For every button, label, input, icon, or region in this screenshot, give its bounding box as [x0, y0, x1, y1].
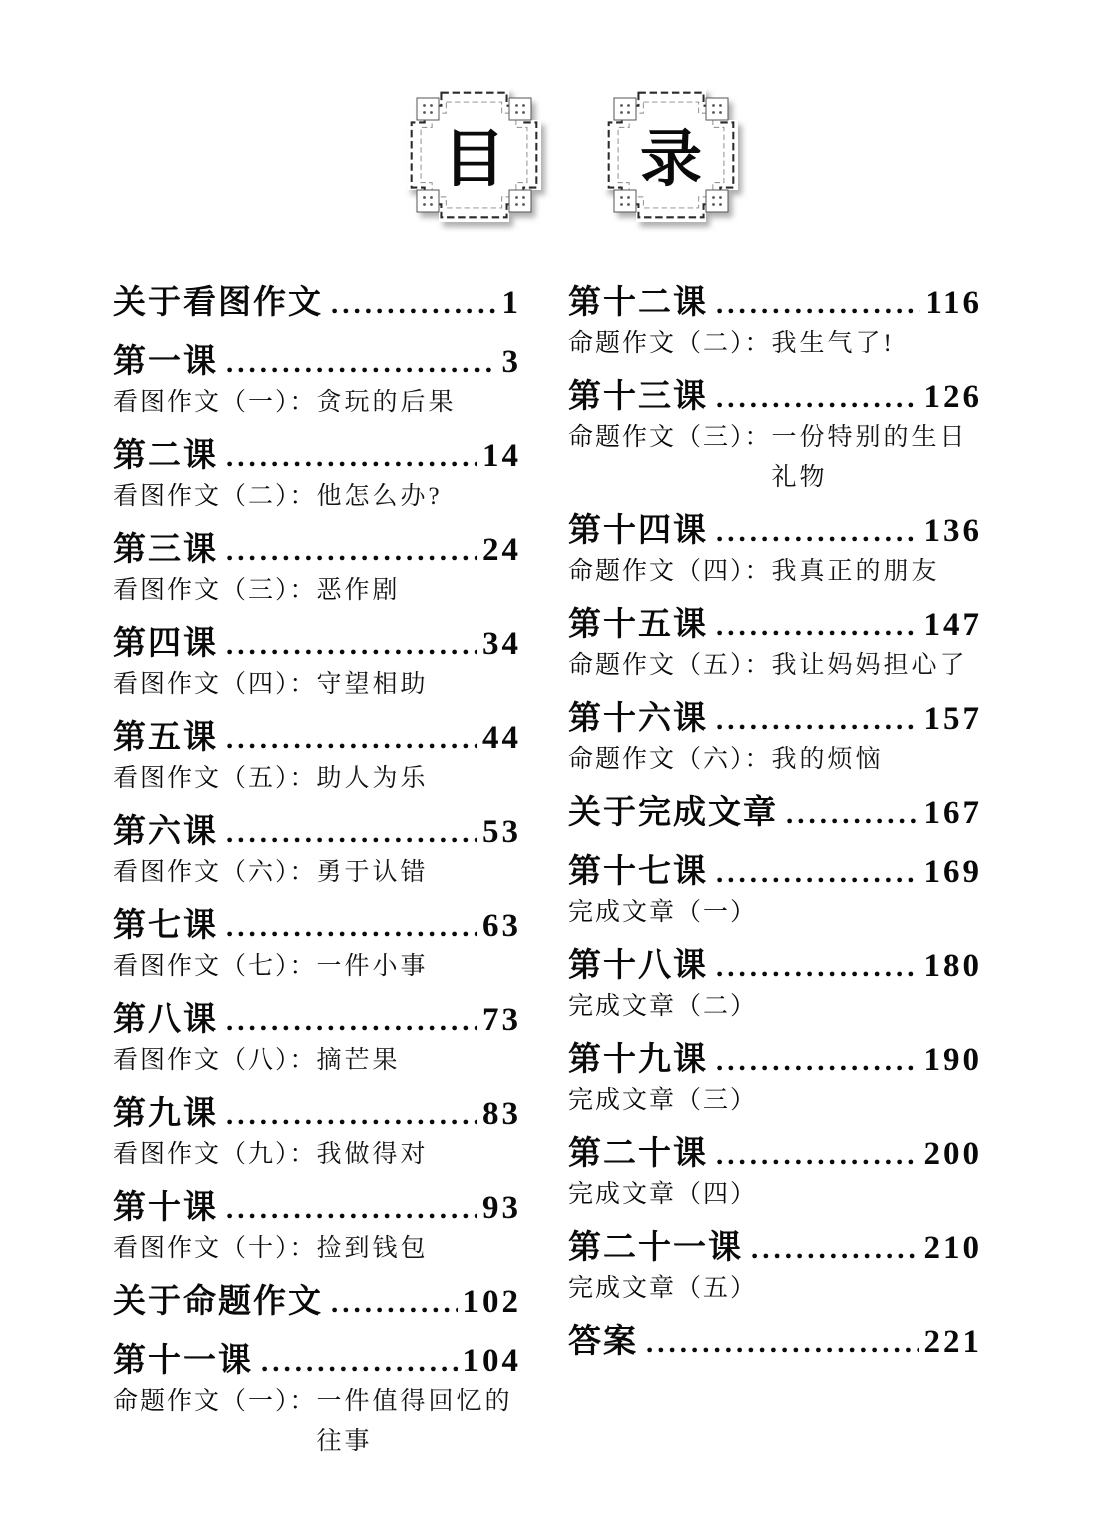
subtitle-topic: 我的烦恼 — [772, 740, 884, 780]
subtitle-topic-wrap: 助人为乐 — [317, 759, 429, 799]
entry-subtitle: 看图作文（五）： 助人为乐 — [113, 759, 521, 799]
toc-entry: 第十六课 ...................................… — [568, 699, 982, 780]
entry-title: 第十二课 — [568, 283, 708, 323]
entry-title: 第八课 — [113, 1000, 218, 1040]
subtitle-topic-wrap: 一份特别的生日 礼物 — [772, 418, 968, 498]
dot-leader: ........................................… — [708, 284, 920, 324]
entry-subtitle: 看图作文（七）： 一件小事 — [113, 947, 521, 987]
toc-entry: 第六课 ....................................… — [113, 812, 521, 893]
toc-entry-heading-row: 关于完成文章 .................................… — [568, 793, 982, 834]
title-char-lu: 录 — [596, 80, 746, 230]
entry-subtitle: 看图作文（六）： 勇于认错 — [113, 853, 521, 893]
page-number: 63 — [482, 906, 521, 946]
subtitle-label: 命题作文（四）： — [568, 552, 772, 592]
page-number: 210 — [924, 1228, 983, 1268]
entry-title: 第十八课 — [568, 946, 708, 986]
subtitle-label: 看图作文（一）： — [113, 383, 317, 423]
toc-entry: 第二十一课 ..................................… — [568, 1228, 982, 1309]
toc-entry-heading-row: 第二课 ....................................… — [113, 436, 521, 477]
title-char-mu: 目 — [399, 80, 549, 230]
entry-subtitle: 完成文章（二） — [568, 987, 982, 1027]
dot-leader: ........................................… — [218, 343, 497, 383]
entry-subtitle: 命题作文（三）： 一份特别的生日 礼物 — [568, 418, 982, 498]
toc-entry-heading-row: 第十课 ....................................… — [113, 1188, 521, 1229]
subtitle-label: 完成文章（一） — [568, 893, 757, 933]
subtitle-label: 命题作文（三）： — [568, 418, 772, 498]
toc-entry-heading-row: 第十五课 ...................................… — [568, 605, 982, 646]
dot-leader: ........................................… — [218, 1001, 477, 1041]
subtitle-label: 命题作文（二）： — [568, 324, 772, 364]
entry-title: 第十课 — [113, 1188, 218, 1228]
subtitle-label: 命题作文（六）： — [568, 740, 772, 780]
entry-subtitle: 看图作文（一）： 贪玩的后果 — [113, 383, 521, 423]
entry-subtitle: 完成文章（三） — [568, 1081, 982, 1121]
toc-entry: 第一课 ....................................… — [113, 342, 521, 423]
page-number: 3 — [502, 342, 522, 382]
entry-title: 答案 — [568, 1322, 638, 1362]
subtitle-topic: 我做得对 — [317, 1135, 429, 1175]
entry-subtitle: 命题作文（一）： 一件值得回忆的 往事 — [113, 1382, 521, 1462]
subtitle-topic-wrap: 勇于认错 — [317, 853, 429, 893]
entry-subtitle: 看图作文（八）： 摘芒果 — [113, 1041, 521, 1081]
entry-title: 第十四课 — [568, 511, 708, 551]
dot-leader: ........................................… — [218, 813, 477, 853]
entry-title: 第十九课 — [568, 1040, 708, 1080]
entry-title: 关于看图作文 — [113, 283, 323, 323]
entry-subtitle: 完成文章（四） — [568, 1175, 982, 1215]
page-number: 102 — [463, 1282, 522, 1322]
dot-leader: ........................................… — [218, 625, 477, 665]
page-number: 126 — [924, 377, 983, 417]
entry-title: 第四课 — [113, 624, 218, 664]
toc-entry-heading-row: 第九课 ....................................… — [113, 1094, 521, 1135]
toc-entry: 第十七课 ...................................… — [568, 852, 982, 933]
subtitle-topic: 贪玩的后果 — [317, 383, 457, 423]
dot-leader: ........................................… — [708, 853, 919, 893]
toc-entry: 第三课 ....................................… — [113, 530, 521, 611]
toc-entry: 第十课 ....................................… — [113, 1188, 521, 1269]
dot-leader: ........................................… — [708, 1135, 919, 1175]
subtitle-label: 看图作文（四）： — [113, 665, 317, 705]
entry-subtitle: 看图作文（十）： 捡到钱包 — [113, 1229, 521, 1269]
entry-subtitle: 看图作文（二）： 他怎么办? — [113, 477, 521, 517]
toc-entry: 第五课 ....................................… — [113, 718, 521, 799]
subtitle-topic: 一件小事 — [317, 947, 429, 987]
dot-leader: ........................................… — [218, 719, 477, 759]
page-number: 14 — [482, 436, 521, 476]
toc-entry: 第二课 ....................................… — [113, 436, 521, 517]
page-number: 73 — [482, 1000, 521, 1040]
subtitle-topic: 一份特别的生日 — [772, 418, 968, 458]
subtitle-label: 完成文章（五） — [568, 1269, 757, 1309]
page-number: 1 — [502, 283, 522, 323]
entry-title: 第五课 — [113, 718, 218, 758]
page-number: 221 — [924, 1322, 983, 1362]
entry-title: 关于完成文章 — [568, 793, 778, 833]
subtitle-topic-wrap: 一件值得回忆的 往事 — [317, 1382, 513, 1462]
entry-title: 第三课 — [113, 530, 218, 570]
toc-entry-heading-row: 第十一课 ...................................… — [113, 1341, 521, 1382]
toc-entry: 第十三课 ...................................… — [568, 377, 982, 498]
dot-leader: ........................................… — [708, 1041, 919, 1081]
dot-leader: ........................................… — [708, 947, 919, 987]
subtitle-label: 看图作文（九）： — [113, 1135, 317, 1175]
page-number: 24 — [482, 530, 521, 570]
entry-title: 第二十课 — [568, 1134, 708, 1174]
subtitle-topic-wrap: 恶作剧 — [317, 571, 401, 611]
toc-entry: 第十四课 ...................................… — [568, 511, 982, 592]
toc-entry: 答案 .....................................… — [568, 1322, 982, 1363]
subtitle-topic: 一件值得回忆的 — [317, 1382, 513, 1422]
toc-entry-heading-row: 第十二课 ...................................… — [568, 283, 982, 324]
subtitle-topic: 摘芒果 — [317, 1041, 401, 1081]
toc-entry-heading-row: 第一课 ....................................… — [113, 342, 521, 383]
entry-subtitle: 看图作文（三）： 恶作剧 — [113, 571, 521, 611]
toc-entry-heading-row: 第七课 ....................................… — [113, 906, 521, 947]
page-number: 53 — [482, 812, 521, 852]
toc-entry: 第十八课 ...................................… — [568, 946, 982, 1027]
dot-leader: ........................................… — [218, 1189, 477, 1229]
page-number: 116 — [925, 283, 982, 323]
page-number: 169 — [924, 852, 983, 892]
toc-entry-heading-row: 第五课 ....................................… — [113, 718, 521, 759]
dot-leader: ........................................… — [218, 531, 477, 571]
page-number: 200 — [924, 1134, 983, 1174]
subtitle-label: 看图作文（二）： — [113, 477, 317, 517]
toc-entry-heading-row: 第八课 ....................................… — [113, 1000, 521, 1041]
subtitle-topic: 助人为乐 — [317, 759, 429, 799]
dot-leader: ........................................… — [253, 1342, 458, 1382]
subtitle-topic: 他怎么办? — [317, 477, 443, 517]
subtitle-topic: 我让妈妈担心了 — [772, 646, 968, 686]
subtitle-topic: 我真正的朋友 — [772, 552, 940, 592]
subtitle-label: 完成文章（三） — [568, 1081, 757, 1121]
subtitle-label: 看图作文（十）： — [113, 1229, 317, 1269]
dot-leader: ........................................… — [778, 794, 919, 834]
page-number: 167 — [924, 793, 983, 833]
toc-entry-heading-row: 第十九课 ...................................… — [568, 1040, 982, 1081]
subtitle-label: 看图作文（五）： — [113, 759, 317, 799]
page-number: 83 — [482, 1094, 521, 1134]
subtitle-label: 看图作文（六）： — [113, 853, 317, 893]
toc-column-left: 关于看图作文 .................................… — [113, 283, 521, 1475]
page-number: 147 — [924, 605, 983, 645]
entry-title: 第二课 — [113, 436, 218, 476]
subtitle-topic: 恶作剧 — [317, 571, 401, 611]
dot-leader: ........................................… — [323, 1283, 458, 1323]
page-number: 136 — [924, 511, 983, 551]
page-number: 34 — [482, 624, 521, 664]
toc-entry-heading-row: 第二十课 ...................................… — [568, 1134, 982, 1175]
toc-entry-heading-row: 答案 .....................................… — [568, 1322, 982, 1363]
toc-entry: 关于完成文章 .................................… — [568, 793, 982, 834]
toc-entry: 第八课 ....................................… — [113, 1000, 521, 1081]
subtitle-topic-wrap: 我做得对 — [317, 1135, 429, 1175]
subtitle-topic-continuation: 往事 — [317, 1422, 513, 1462]
entry-title: 第十六课 — [568, 699, 708, 739]
toc-entry: 第十二课 ...................................… — [568, 283, 982, 364]
subtitle-topic: 捡到钱包 — [317, 1229, 429, 1269]
entry-title: 第十七课 — [568, 852, 708, 892]
dot-leader: ........................................… — [708, 700, 919, 740]
page-number: 44 — [482, 718, 521, 758]
entry-title: 第十一课 — [113, 1341, 253, 1381]
subtitle-topic: 守望相助 — [317, 665, 429, 705]
toc-entry: 第十九课 ...................................… — [568, 1040, 982, 1121]
entry-title: 关于命题作文 — [113, 1282, 323, 1322]
toc-entry: 关于看图作文 .................................… — [113, 283, 521, 324]
subtitle-topic-wrap: 我的烦恼 — [772, 740, 884, 780]
subtitle-topic: 我生气了! — [772, 324, 895, 364]
entry-title: 第一课 — [113, 342, 218, 382]
entry-subtitle: 命题作文（五）： 我让妈妈担心了 — [568, 646, 982, 686]
dot-leader: ........................................… — [708, 512, 919, 552]
subtitle-topic-wrap: 守望相助 — [317, 665, 429, 705]
toc-entry: 第七课 ....................................… — [113, 906, 521, 987]
subtitle-label: 完成文章（四） — [568, 1175, 757, 1215]
entry-title: 第十五课 — [568, 605, 708, 645]
subtitle-label: 完成文章（二） — [568, 987, 757, 1027]
page-number: 180 — [924, 946, 983, 986]
toc-entry-heading-row: 第十三课 ...................................… — [568, 377, 982, 418]
page-number: 190 — [924, 1040, 983, 1080]
toc-entry-heading-row: 关于看图作文 .................................… — [113, 283, 521, 324]
subtitle-label: 看图作文（七）： — [113, 947, 317, 987]
entry-subtitle: 看图作文（四）： 守望相助 — [113, 665, 521, 705]
entry-subtitle: 命题作文（二）： 我生气了! — [568, 324, 982, 364]
entry-subtitle: 完成文章（一） — [568, 893, 982, 933]
toc-entry: 第九课 ....................................… — [113, 1094, 521, 1175]
toc-entry-heading-row: 第二十一课 ..................................… — [568, 1228, 982, 1269]
subtitle-topic-wrap: 一件小事 — [317, 947, 429, 987]
ornamental-frame-left: 目 — [399, 80, 549, 230]
entry-subtitle: 命题作文（六）： 我的烦恼 — [568, 740, 982, 780]
entry-subtitle: 命题作文（四）： 我真正的朋友 — [568, 552, 982, 592]
toc-entry-heading-row: 第十八课 ...................................… — [568, 946, 982, 987]
subtitle-topic-wrap: 他怎么办? — [317, 477, 443, 517]
dot-leader: ........................................… — [218, 437, 477, 477]
entry-subtitle: 完成文章（五） — [568, 1269, 982, 1309]
page-number: 93 — [482, 1188, 521, 1228]
subtitle-topic-wrap: 我生气了! — [772, 324, 895, 364]
dot-leader: ........................................… — [323, 284, 497, 324]
entry-title: 第二十一课 — [568, 1228, 743, 1268]
subtitle-topic-wrap: 贪玩的后果 — [317, 383, 457, 423]
subtitle-label: 命题作文（一）： — [113, 1382, 317, 1462]
dot-leader: ........................................… — [708, 606, 919, 646]
toc-entry: 第二十课 ...................................… — [568, 1134, 982, 1215]
ornamental-frame-right: 录 — [596, 80, 746, 230]
toc-entry-heading-row: 第三课 ....................................… — [113, 530, 521, 571]
toc-entry-heading-row: 第十四课 ...................................… — [568, 511, 982, 552]
toc-entry-heading-row: 第十七课 ...................................… — [568, 852, 982, 893]
entry-title: 第九课 — [113, 1094, 218, 1134]
entry-title: 第七课 — [113, 906, 218, 946]
subtitle-label: 命题作文（五）： — [568, 646, 772, 686]
toc-entry-heading-row: 关于命题作文 .................................… — [113, 1282, 521, 1323]
dot-leader: ........................................… — [743, 1229, 919, 1269]
entry-title: 第六课 — [113, 812, 218, 852]
toc-entry-heading-row: 第六课 ....................................… — [113, 812, 521, 853]
toc-entry-heading-row: 第四课 ....................................… — [113, 624, 521, 665]
entry-title: 第十三课 — [568, 377, 708, 417]
toc-entry: 关于命题作文 .................................… — [113, 1282, 521, 1323]
toc-entry-heading-row: 第十六课 ...................................… — [568, 699, 982, 740]
subtitle-label: 看图作文（八）： — [113, 1041, 317, 1081]
page-number: 104 — [463, 1341, 522, 1381]
subtitle-topic-wrap: 捡到钱包 — [317, 1229, 429, 1269]
subtitle-topic-wrap: 我真正的朋友 — [772, 552, 940, 592]
page-number: 157 — [924, 699, 983, 739]
dot-leader: ........................................… — [218, 907, 477, 947]
toc-entry: 第十五课 ...................................… — [568, 605, 982, 686]
toc-entry: 第四课 ....................................… — [113, 624, 521, 705]
subtitle-topic: 勇于认错 — [317, 853, 429, 893]
entry-subtitle: 看图作文（九）： 我做得对 — [113, 1135, 521, 1175]
toc-entry: 第十一课 ...................................… — [113, 1341, 521, 1462]
subtitle-topic-continuation: 礼物 — [772, 458, 968, 498]
dot-leader: ........................................… — [638, 1323, 919, 1363]
subtitle-topic-wrap: 摘芒果 — [317, 1041, 401, 1081]
subtitle-label: 看图作文（三）： — [113, 571, 317, 611]
toc-column-right: 第十二课 ...................................… — [568, 283, 982, 1381]
dot-leader: ........................................… — [218, 1095, 477, 1135]
subtitle-topic-wrap: 我让妈妈担心了 — [772, 646, 968, 686]
dot-leader: ........................................… — [708, 378, 919, 418]
